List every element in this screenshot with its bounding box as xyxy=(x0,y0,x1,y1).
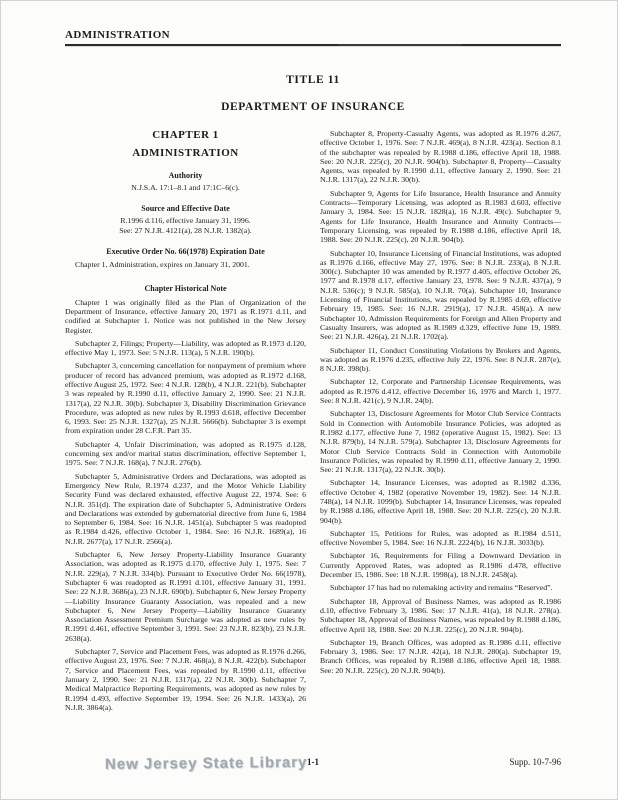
historical-paragraph: Subchapter 8, Property-Casualty Agents, … xyxy=(320,129,561,185)
source-line: R.1996 d.116, effective January 31, 1996… xyxy=(65,216,306,225)
chapter-title: ADMINISTRATION xyxy=(65,147,306,159)
right-column: Subchapter 8, Property-Casualty Agents, … xyxy=(320,129,561,716)
historical-paragraph: Chapter 1 was originally filed as the Pl… xyxy=(65,298,306,335)
title: TITLE 11 xyxy=(65,74,561,86)
historical-paragraph: Subchapter 12, Corporate and Partnership… xyxy=(320,377,561,405)
historical-paragraph: Subchapter 13, Disclosure Agreements for… xyxy=(320,409,561,474)
page-number: 1-1 xyxy=(65,757,561,767)
historical-paragraph: Subchapter 4, Unfair Discrimination, was… xyxy=(65,440,306,468)
historical-note-heading: Chapter Historical Note xyxy=(65,284,306,293)
authority-heading: Authority xyxy=(65,171,306,180)
historical-paragraph: Subchapter 5, Administrative Orders and … xyxy=(65,472,306,546)
historical-paragraph: Subchapter 2, Filings; Property—Liabilit… xyxy=(65,339,306,358)
historical-paragraph: Subchapter 9, Agents for Life Insurance,… xyxy=(320,189,561,245)
authority-text: N.J.S.A. 17:1–8.1 and 17:1C–6(c). xyxy=(65,183,306,192)
historical-paragraph: Subchapter 3, concerning cancellation fo… xyxy=(65,361,306,435)
chapter-heading: CHAPTER 1 xyxy=(65,129,306,141)
historical-paragraph: Subchapter 19, Branch Offices, was adopt… xyxy=(320,638,561,675)
source-heading: Source and Effective Date xyxy=(65,204,306,213)
historical-paragraph: Subchapter 15, Petitions for Rules, was … xyxy=(320,529,561,548)
historical-paragraph: Subchapter 11, Conduct Constituting Viol… xyxy=(320,346,561,374)
historical-paragraph: Subchapter 6, New Jersey Property-Liabil… xyxy=(65,550,306,643)
title-block: TITLE 11 DEPARTMENT OF INSURANCE xyxy=(65,74,561,113)
historical-paragraph: Subchapter 7, Service and Placement Fees… xyxy=(65,647,306,712)
running-head: ADMINISTRATION xyxy=(65,29,561,41)
historical-paragraph: Subchapter 16, Requirements for Filing a… xyxy=(320,551,561,579)
two-column-body: CHAPTER 1 ADMINISTRATION Authority N.J.S… xyxy=(65,129,561,716)
source-line: See: 27 N.J.R. 4121(a), 28 N.J.R. 1382(a… xyxy=(65,226,306,235)
historical-paragraph: Subchapter 14, Insurance Licenses, was a… xyxy=(320,478,561,524)
expiration-heading: Executive Order No. 66(1978) Expiration … xyxy=(65,247,306,256)
scanned-document-page: ADMINISTRATION TITLE 11 DEPARTMENT OF IN… xyxy=(0,0,618,800)
expiration-text: Chapter 1, Administration, expires on Ja… xyxy=(65,260,306,269)
historical-paragraph: Subchapter 10, Insurance Licensing of Fi… xyxy=(320,249,561,342)
header-rule xyxy=(65,44,561,46)
supplement-date: Supp. 10-7-96 xyxy=(510,757,562,767)
page-content: ADMINISTRATION TITLE 11 DEPARTMENT OF IN… xyxy=(65,29,561,716)
left-column: CHAPTER 1 ADMINISTRATION Authority N.J.S… xyxy=(65,129,306,716)
historical-paragraph: Subchapter 18, Approval of Business Name… xyxy=(320,597,561,634)
page-footer: New Jersey State Library 1-1 Supp. 10-7-… xyxy=(65,755,561,777)
historical-paragraph: Subchapter 17 has had no rulemaking acti… xyxy=(320,583,561,592)
department-title: DEPARTMENT OF INSURANCE xyxy=(65,101,561,113)
